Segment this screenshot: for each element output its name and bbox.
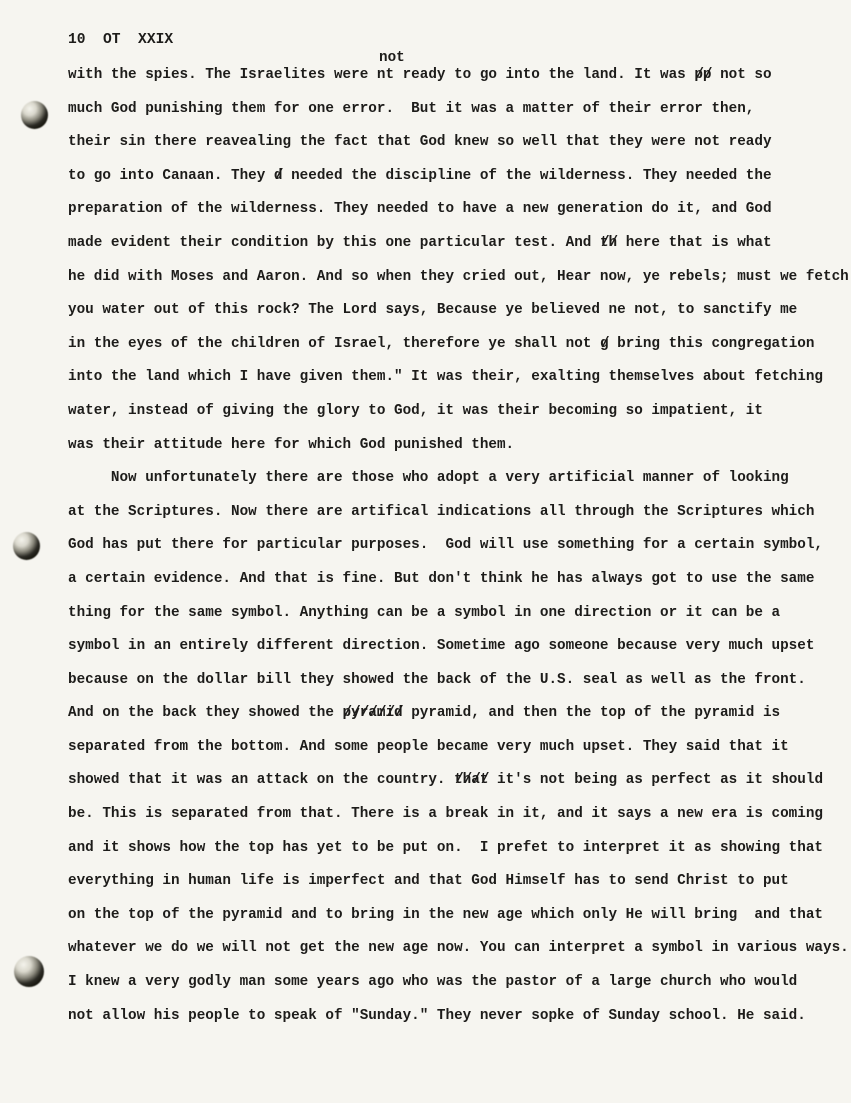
typescript-line: on the top of the pyramid and to bring i… — [68, 899, 851, 933]
text-segment: not so — [711, 67, 771, 83]
typescript-line: I knew a very godly man some years ago w… — [68, 966, 851, 1000]
typescript-line: a certain evidence. And that is fine. Bu… — [68, 563, 851, 597]
text-segment: Now unfortunately there are those who ad… — [68, 470, 789, 486]
text-segment: God has put there for particular purpose… — [68, 537, 823, 553]
struck-out-text: pyramid — [343, 697, 403, 731]
text-segment: not allow his people to speak of "Sunday… — [68, 1008, 806, 1024]
typescript-line: because on the dollar bill they showed t… — [68, 664, 851, 698]
text-segment: their sin there reavealing the fact that… — [68, 134, 772, 150]
text-segment: much God punishing them for one error. B… — [68, 101, 754, 117]
text-segment: you water out of this rock? The Lord say… — [68, 302, 797, 318]
typescript-line: into the land which I have given them." … — [68, 361, 851, 395]
text-segment: here that is what — [617, 235, 771, 251]
typewritten-page: 10 OT XXIX not with the spies. The Israe… — [0, 0, 851, 1103]
typescript-line: with the spies. The Israelites were nt r… — [68, 59, 851, 93]
text-segment: preparation of the wilderness. They need… — [68, 201, 772, 217]
text-segment: And on the back they showed the — [68, 705, 343, 721]
typescript-line: And on the back they showed the pyramid … — [68, 697, 851, 731]
typescript-line: he did with Moses and Aaron. And so when… — [68, 261, 851, 295]
text-segment: he did with Moses and Aaron. And so when… — [68, 269, 851, 285]
typescript-line: Now unfortunately there are those who ad… — [68, 462, 851, 496]
text-segment: made evident their condition by this one… — [68, 235, 600, 251]
punch-shadow-icon — [21, 101, 48, 129]
typescript-line: at the Scriptures. Now there are artific… — [68, 496, 851, 530]
text-segment: I knew a very godly man some years ago w… — [68, 974, 797, 990]
struck-out-text: g — [600, 328, 609, 362]
text-segment: on the top of the pyramid and to bring i… — [68, 907, 823, 923]
typescript-line: to go into Canaan. They d needed the dis… — [68, 160, 851, 194]
text-segment: it's not being as perfect as it should — [488, 772, 823, 788]
text-segment: be. This is separated from that. There i… — [68, 806, 823, 822]
text-segment: at the Scriptures. Now there are artific… — [68, 504, 814, 520]
typescript-line: made evident their condition by this one… — [68, 227, 851, 261]
typescript-lines: with the spies. The Israelites were nt r… — [68, 59, 851, 1033]
typescript-line: much God punishing them for one error. B… — [68, 93, 851, 127]
text-segment: to go into Canaan. They — [68, 168, 274, 184]
typescript-line: everything in human life is imperfect an… — [68, 865, 851, 899]
typescript-line: water, instead of giving the glory to Go… — [68, 395, 851, 429]
struck-out-text: pp — [694, 59, 711, 93]
text-segment: showed that it was an attack on the coun… — [68, 772, 454, 788]
text-segment: because on the dollar bill they showed t… — [68, 672, 806, 688]
struck-out-text: d — [274, 160, 283, 194]
text-segment: and it shows how the top has yet to be p… — [68, 840, 823, 856]
typescript-line: their sin there reavealing the fact that… — [68, 126, 851, 160]
text-segment: whatever we do we will not get the new a… — [68, 940, 849, 956]
typescript-line: was their attitude here for which God pu… — [68, 429, 851, 463]
text-segment: was their attitude here for which God pu… — [68, 437, 514, 453]
text-segment: in the eyes of the children of Israel, t… — [68, 336, 600, 352]
struck-out-text: that — [454, 764, 488, 798]
text-segment: pyramid, and then the top of the pyramid… — [403, 705, 781, 721]
page-header: 10 OT XXIX — [68, 32, 173, 48]
typescript-line: God has put there for particular purpose… — [68, 529, 851, 563]
typescript-line: you water out of this rock? The Lord say… — [68, 294, 851, 328]
text-segment: bring this congregation — [609, 336, 815, 352]
typescript-line: whatever we do we will not get the new a… — [68, 932, 851, 966]
typescript-line: showed that it was an attack on the coun… — [68, 764, 851, 798]
punch-shadow-icon — [13, 532, 40, 560]
typescript-line: separated from the bottom. And some peop… — [68, 731, 851, 765]
text-segment: with the spies. The Israelites were nt r… — [68, 67, 694, 83]
text-segment: into the land which I have given them." … — [68, 369, 823, 385]
typescript-line: symbol in an entirely different directio… — [68, 630, 851, 664]
punch-shadow-icon — [14, 956, 44, 987]
text-segment: symbol in an entirely different directio… — [68, 638, 814, 654]
typescript-line: preparation of the wilderness. They need… — [68, 193, 851, 227]
text-segment: needed the discipline of the wilderness.… — [283, 168, 772, 184]
typescript-line: thing for the same symbol. Anything can … — [68, 597, 851, 631]
text-segment: water, instead of giving the glory to Go… — [68, 403, 763, 419]
text-segment: a certain evidence. And that is fine. Bu… — [68, 571, 814, 587]
typescript-line: not allow his people to speak of "Sunday… — [68, 1000, 851, 1034]
typescript-line: in the eyes of the children of Israel, t… — [68, 328, 851, 362]
typescript-line: and it shows how the top has yet to be p… — [68, 832, 851, 866]
text-segment: everything in human life is imperfect an… — [68, 873, 789, 889]
text-segment: separated from the bottom. And some peop… — [68, 739, 789, 755]
text-segment: thing for the same symbol. Anything can … — [68, 605, 780, 621]
struck-out-text: th — [600, 227, 617, 261]
typescript-line: be. This is separated from that. There i… — [68, 798, 851, 832]
